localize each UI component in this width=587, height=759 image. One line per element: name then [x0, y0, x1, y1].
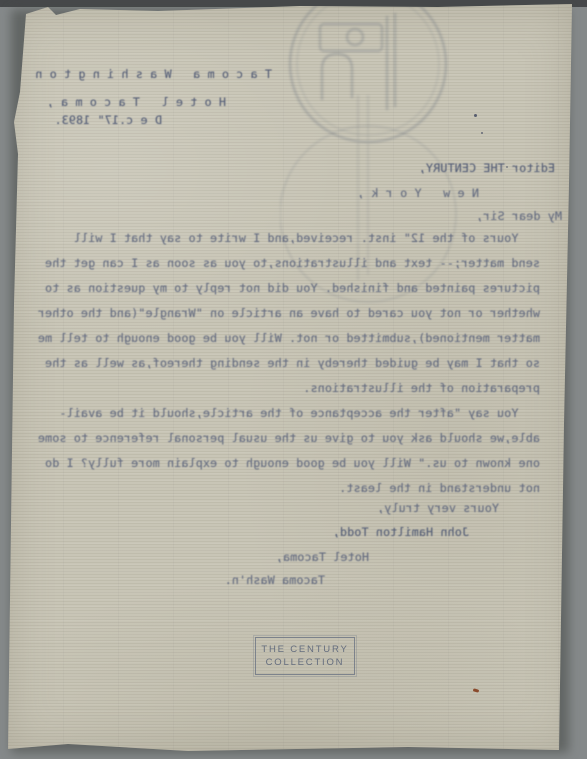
signature-city-line: Tacoma Wash'n.: [225, 573, 325, 587]
paper-speck: [481, 132, 483, 134]
dateline-date-line: D e c.17" 1893.: [54, 113, 162, 127]
stamp-line-2: COLLECTION: [266, 657, 345, 668]
scanned-letter-screenshot: { "scan": { "description": "Verso of a t…: [0, 0, 587, 759]
body-line: You say "after the acceptance of the art…: [59, 406, 540, 420]
body-line: one known to us." Will you be good enoug…: [45, 456, 540, 470]
signature-line: John Hamilton Todd,: [333, 525, 469, 539]
body-line: able,we should ask you to give us the us…: [38, 431, 540, 445]
body-line: so that I may be guided thereby in the s…: [45, 356, 540, 370]
body-line: Yours of the 12" inst. received,and I wr…: [74, 231, 540, 245]
closing-line: Yours very truly,: [377, 501, 499, 515]
signature-hotel-line: Hotel Tacoma,: [276, 550, 369, 564]
dateline-city-line: T a c o m a W a s h i n g t o n: [35, 67, 272, 81]
body-line: not understand in the least.: [339, 481, 540, 495]
body-line: pictures painted and finished. You did n…: [45, 281, 540, 295]
dateline-hotel-line: H o t e l T a c o m a ,: [47, 95, 226, 109]
body-line: send matter;-- text and illustrations,to…: [45, 256, 540, 270]
recipient-line-new-york: N e w Y o r k ,: [357, 186, 479, 200]
scanned-letter-page: T a c o m a W a s h i n g t o n H o t e …: [8, 4, 572, 753]
century-collection-stamp: THE CENTURY COLLECTION: [255, 637, 355, 675]
paper-speck: [506, 166, 508, 168]
body-line: whether or not you cared to have an arti…: [38, 306, 540, 320]
body-line: matter mentioned),submitted or not. Will…: [38, 331, 540, 345]
body-line: preparation of the illustrations.: [303, 381, 540, 395]
stamp-line-1: THE CENTURY: [261, 644, 348, 655]
paper-speck: [474, 114, 477, 117]
recipient-line-editor: Editor THE CENTURY,: [419, 161, 555, 175]
salutation-line: My dear Sir,: [476, 209, 562, 223]
